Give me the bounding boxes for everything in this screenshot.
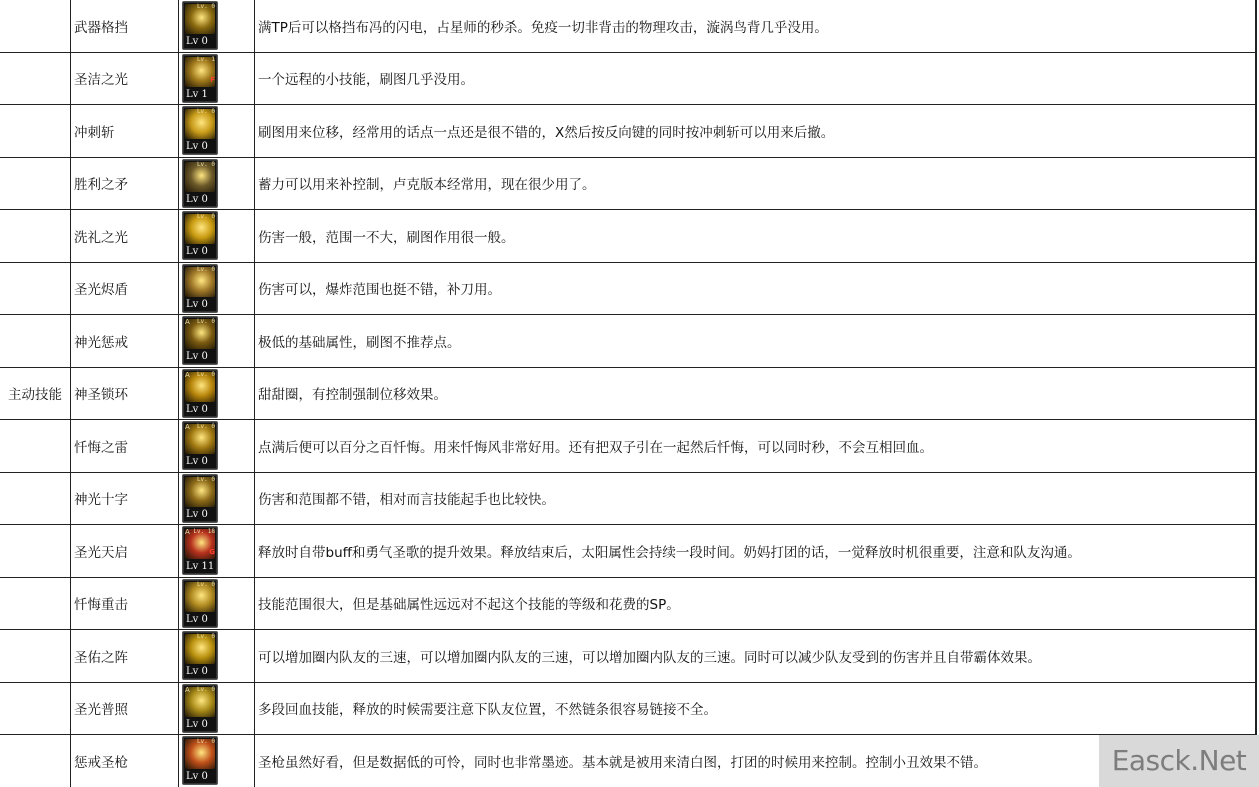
skill-row: 神光惩戒ALv. 0Lv 0极低的基础属性，刷图不推荐点。 [0,315,1256,368]
lock-icon: A [185,423,190,431]
skill-row: 圣光普照ALv. 0Lv 0多段回血技能，释放的时候需要注意下队友位置，不然链条… [0,682,1256,735]
skill-description: 伤害一般，范围一不大，刷图作用很一般。 [255,210,1257,263]
skill-name: 神光十字 [71,472,179,525]
skill-description: 刷图用来位移，经常用的话点一点还是很不错的，X然后按反向键的同时按冲刺斩可以用来… [255,105,1257,158]
category-cell [0,420,71,473]
skill-row: 圣光天启ALv. 18GLv 11释放时自带buff和勇气圣歌的提升效果。释放结… [0,525,1256,578]
skill-row: 胜利之矛Lv. 0Lv 0蓄力可以用来补控制，卢克版本经常用，现在很少用了。 [0,157,1256,210]
skill-level: Lv 0 [183,666,217,678]
skill-level: Lv 11 [183,561,217,573]
skill-icon: Lv. 0Lv 0 [182,579,218,628]
skill-level: Lv 0 [183,614,217,626]
category-cell [0,157,71,210]
category-cell [0,525,71,578]
skill-name: 胜利之矛 [71,157,179,210]
skill-icon: Lv. 0Lv 0 [182,159,218,208]
category-cell [0,735,71,787]
skill-max-level: Lv. 0 [197,266,215,273]
skill-row: 冲刺斩Lv. 0Lv 0刷图用来位移，经常用的话点一点还是很不错的，X然后按反向… [0,105,1256,158]
skill-description: 甜甜圈，有控制强制位移效果。 [255,367,1257,420]
skill-max-level: Lv. 0 [197,3,215,10]
skill-max-level: Lv. 0 [197,633,215,640]
skill-row: 圣佑之阵Lv. 0Lv 0可以增加圈内队友的三速，可以增加圈内队友的三速，可以增… [0,630,1256,683]
skill-description: 点满后便可以百分之百忏悔。用来忏悔风非常好用。还有把双子引在一起然后忏悔，可以同… [255,420,1257,473]
skill-max-level: Lv. 0 [197,686,215,693]
category-cell [0,630,71,683]
skill-name: 忏悔之雷 [71,420,179,473]
category-cell [0,262,71,315]
category-cell [0,682,71,735]
skill-level: Lv 0 [183,509,217,521]
lock-icon: A [185,318,190,326]
skill-max-level: Lv. 0 [197,213,215,220]
skill-level: Lv 0 [183,351,217,363]
category-cell [0,0,71,52]
skill-row: 惩戒圣枪Lv. 0Lv 0圣枪虽然好看，但是数据低的可怜，同时也非常墨迹。基本就… [0,735,1256,787]
skill-level: Lv 0 [183,246,217,258]
skill-row: 忏悔之雷ALv. 0Lv 0点满后便可以百分之百忏悔。用来忏悔风非常好用。还有把… [0,420,1256,473]
lock-icon: A [185,371,190,379]
skill-icon: ALv. 0Lv 0 [182,369,218,418]
skill-max-level: Lv. 0 [197,738,215,745]
category-cell [0,472,71,525]
skill-row: 圣洁之光Lv. 1FLv 1一个远程的小技能，刷图几乎没用。 [0,52,1256,105]
skill-name: 神圣锁环 [71,367,179,420]
skill-row: 洗礼之光Lv. 0Lv 0伤害一般，范围一不大，刷图作用很一般。 [0,210,1256,263]
skill-icon: Lv. 0Lv 0 [182,736,218,785]
skill-description: 满TP后可以格挡布冯的闪电，占星师的秒杀。免疫一切非背击的物理攻击，漩涡鸟背几乎… [255,0,1257,52]
category-cell [0,577,71,630]
skill-description: 多段回血技能，释放的时候需要注意下队友位置，不然链条很容易链接不全。 [255,682,1257,735]
skill-level: Lv 1 [183,89,217,101]
skill-name: 圣洁之光 [71,52,179,105]
skill-icon: ALv. 0Lv 0 [182,684,218,733]
skill-description: 一个远程的小技能，刷图几乎没用。 [255,52,1257,105]
skill-icon: ALv. 18GLv 11 [182,526,218,575]
skill-rank: G [209,548,215,556]
skill-description: 蓄力可以用来补控制，卢克版本经常用，现在很少用了。 [255,157,1257,210]
skill-max-level: Lv. 0 [197,108,215,115]
skill-description: 释放时自带buff和勇气圣歌的提升效果。释放结束后，太阳属性会持续一段时间。奶妈… [255,525,1257,578]
lock-icon: A [185,528,190,536]
skill-max-level: Lv. 0 [197,423,215,430]
skill-description: 可以增加圈内队友的三速，可以增加圈内队友的三速，可以增加圈内队友的三速。同时可以… [255,630,1257,683]
category-cell [0,52,71,105]
skill-name: 圣光天启 [71,525,179,578]
skill-name: 圣光烬盾 [71,262,179,315]
skill-description: 技能范围很大，但是基础属性远远对不起这个技能的等级和花费的SP。 [255,577,1257,630]
skill-level: Lv 0 [183,404,217,416]
skill-name: 神光惩戒 [71,315,179,368]
skill-max-level: Lv. 0 [197,318,215,325]
lock-icon: A [185,686,190,694]
skill-name: 冲刺斩 [71,105,179,158]
skill-name: 圣光普照 [71,682,179,735]
skill-icon: Lv. 0Lv 0 [182,631,218,680]
skill-icon: ALv. 0Lv 0 [182,316,218,365]
skill-level: Lv 0 [183,456,217,468]
skill-max-level: Lv. 18 [193,528,215,535]
skill-level: Lv 0 [183,194,217,206]
skill-icon: Lv. 0Lv 0 [182,264,218,313]
skill-level: Lv 0 [183,36,217,48]
skills-table: 武器格挡Lv. 0Lv 0满TP后可以格挡布冯的闪电，占星师的秒杀。免疫一切非背… [0,0,1257,787]
skill-max-level: Lv. 1 [197,56,215,63]
skill-max-level: Lv. 0 [197,161,215,168]
skill-level: Lv 0 [183,299,217,311]
skill-row: 圣光烬盾Lv. 0Lv 0伤害可以，爆炸范围也挺不错，补刀用。 [0,262,1256,315]
skill-level: Lv 0 [183,771,217,783]
skill-icon: Lv. 1FLv 1 [182,54,218,103]
skill-description: 伤害可以，爆炸范围也挺不错，补刀用。 [255,262,1257,315]
skill-row: 忏悔重击Lv. 0Lv 0技能范围很大，但是基础属性远远对不起这个技能的等级和花… [0,577,1256,630]
skill-rank: F [210,76,215,84]
category-cell: 主动技能 [0,367,71,420]
skill-level: Lv 0 [183,719,217,731]
skill-row: 神光十字Lv. 0Lv 0伤害和范围都不错，相对而言技能起手也比较快。 [0,472,1256,525]
skill-name: 洗礼之光 [71,210,179,263]
category-cell [0,315,71,368]
skill-max-level: Lv. 0 [197,476,215,483]
skill-name: 武器格挡 [71,0,179,52]
skill-name: 忏悔重击 [71,577,179,630]
skill-level: Lv 0 [183,141,217,153]
skill-description: 伤害和范围都不错，相对而言技能起手也比较快。 [255,472,1257,525]
category-cell [0,210,71,263]
skill-max-level: Lv. 0 [197,581,215,588]
skill-icon: Lv. 0Lv 0 [182,1,218,50]
skill-icon: Lv. 0Lv 0 [182,474,218,523]
category-cell [0,105,71,158]
skill-icon: ALv. 0Lv 0 [182,421,218,470]
skill-max-level: Lv. 0 [197,371,215,378]
skill-row: 武器格挡Lv. 0Lv 0满TP后可以格挡布冯的闪电，占星师的秒杀。免疫一切非背… [0,0,1256,52]
skill-name: 惩戒圣枪 [71,735,179,787]
skill-row: 主动技能神圣锁环ALv. 0Lv 0甜甜圈，有控制强制位移效果。 [0,367,1256,420]
skill-icon: Lv. 0Lv 0 [182,211,218,260]
skill-icon: Lv. 0Lv 0 [182,106,218,155]
skill-description: 极低的基础属性，刷图不推荐点。 [255,315,1257,368]
watermark: Easck.Net [1099,735,1259,787]
skill-name: 圣佑之阵 [71,630,179,683]
